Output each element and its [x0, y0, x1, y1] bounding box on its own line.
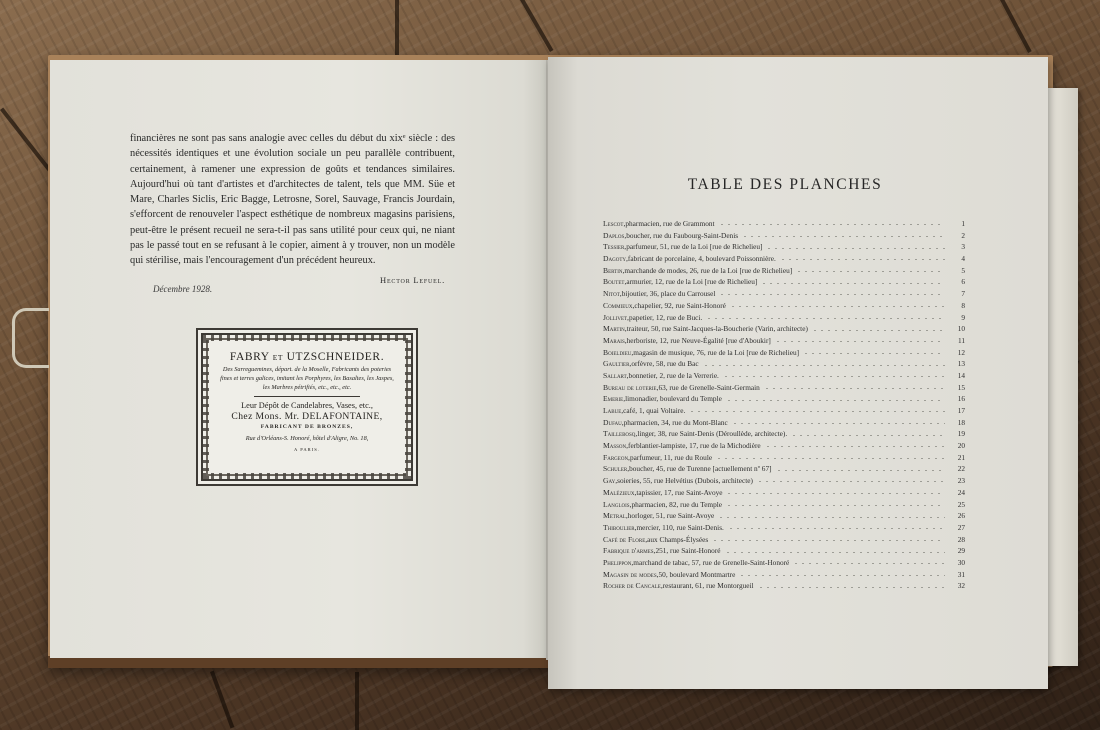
card-depot-line: Leur Dépôt de Candelabres, Vases, etc., [219, 400, 395, 411]
toc-entry-plate-number: 2 [951, 231, 965, 240]
toc-entry-description: bonnetier, 2, rue de la Verrerie. [629, 371, 719, 380]
toc-entry: Bertin, marchande de modes, 26, rue de l… [603, 266, 965, 278]
toc-entry-name: Marais, [603, 336, 627, 345]
toc-entry: Schuler, boucher, 45, rue de Turenne [ac… [603, 464, 965, 476]
toc-entry-description: 63, rue de Grenelle-Saint-Germain [658, 383, 759, 392]
floor-plank-seam [520, 0, 553, 52]
toc-entry: Metral, horloger, 51, rue Saint-Avoye 26 [603, 511, 965, 523]
toc-entry-plate-number: 6 [951, 277, 965, 286]
toc-entry-description: soieries, 55, rue Helvétius (Dubois, arc… [617, 476, 753, 485]
toc-entry-plate-number: 18 [951, 418, 965, 427]
toc-entry-name: Dagoty, [603, 254, 628, 263]
toc-entry-description: traiteur, 50, rue Saint-Jacques-la-Bouch… [627, 324, 808, 333]
dot-leader [705, 365, 945, 366]
toc-entry-name: Rocher de Cancale, [603, 581, 663, 590]
toc-entry-description: café, 1, quai Voltaire. [623, 406, 685, 415]
dot-leader [759, 481, 945, 482]
toc-entry-name: Thiboulier, [603, 523, 636, 532]
toc-list: Lescot, pharmacien, rue de Grammont 1 Da… [603, 219, 965, 593]
toc-entry-description: papetier, 12, rue de Buci. [629, 313, 702, 322]
dot-leader [805, 353, 945, 354]
toc-entry-name: Langlois, [603, 500, 631, 509]
toc-entry-name: Dufau, [603, 418, 624, 427]
toc-entry-name: Nitot, [603, 289, 622, 298]
toc-entry-plate-number: 20 [951, 441, 965, 450]
card-title: FABRY ET UTZSCHNEIDER. [219, 351, 395, 363]
toc-entry: Magasin de modes, 50, boulevard Montmart… [603, 570, 965, 582]
toc-entry-name: Phelippon, [603, 558, 633, 567]
toc-entry: Tessier, parfumeur, 51, rue de la Loi [r… [603, 242, 965, 254]
toc-entry-name: Bureau de loterie, [603, 383, 658, 392]
toc-entry-description: 251, rue Saint-Honoré [655, 546, 720, 555]
trade-card-illustration: FABRY ET UTZSCHNEIDER. Des Sarreguemines… [196, 328, 418, 486]
dot-leader [782, 259, 945, 260]
dot-leader [732, 306, 945, 307]
toc-entry-description: linger, 38, rue Saint-Denis (Déroullède,… [637, 429, 787, 438]
author-signature: Hector Lefuel. [380, 275, 445, 285]
toc-entry-description: horloger, 51, rue Saint-Avoye [628, 511, 715, 520]
card-divider [254, 396, 360, 397]
toc-entry-plate-number: 1 [951, 219, 965, 228]
toc-entry: Boieldieu, magasin de musique, 76, rue d… [603, 348, 965, 360]
toc-entry-plate-number: 30 [951, 558, 965, 567]
toc-entry: Malézieux, tapissier, 17, rue Saint-Avoy… [603, 488, 965, 500]
toc-entry-description: 50, boulevard Montmartre [659, 570, 736, 579]
toc-entry: Lescot, pharmacien, rue de Grammont 1 [603, 219, 965, 231]
toc-entry-name: Lescot, [603, 219, 625, 228]
dot-leader [727, 552, 945, 553]
toc-entry-description: marchand de tabac, 57, rue de Grenelle-S… [633, 558, 789, 567]
dot-leader [767, 446, 945, 447]
toc-entry: Dufau, pharmacien, 34, rue du Mont-Blanc… [603, 418, 965, 430]
toc-entry-description: ferblantier-lampiste, 17, rue de la Mich… [628, 441, 761, 450]
floor-plank-seam [395, 0, 399, 58]
toc-entry-plate-number: 5 [951, 266, 965, 275]
dot-leader [708, 318, 945, 319]
toc-entry-plate-number: 14 [951, 371, 965, 380]
dot-leader [720, 517, 945, 518]
toc-entry-name: Schuler, [603, 464, 629, 473]
dot-leader [793, 435, 945, 436]
toc-entry-name: Gay, [603, 476, 617, 485]
dot-leader [718, 458, 945, 459]
card-title-fabry: FABRY [230, 351, 269, 363]
card-script-text: Des Sarreguemines, départ. de la Moselle… [219, 365, 395, 392]
toc-entry-name: Gaultier, [603, 359, 631, 368]
toc-entry-plate-number: 27 [951, 523, 965, 532]
toc-entry-plate-number: 11 [951, 336, 965, 345]
dot-leader [741, 575, 945, 576]
floor-plank-seam [355, 672, 359, 730]
toc-entry: Labue, café, 1, quai Voltaire. 17 [603, 406, 965, 418]
toc-entry: Thiboulier, mercier, 110, rue Saint-Deni… [603, 523, 965, 535]
toc-entry-plate-number: 24 [951, 488, 965, 497]
toc-entry-description: pharmacien, 82, rue du Temple [631, 500, 722, 509]
toc-entry: Langlois, pharmacien, 82, rue du Temple … [603, 500, 965, 512]
toc-entry-plate-number: 15 [951, 383, 965, 392]
toc-entry-description: boucher, 45, rue de Turenne [actuellemen… [629, 464, 771, 473]
toc-entry-plate-number: 7 [951, 289, 965, 298]
toc-entry-name: Commieux, [603, 301, 634, 310]
toc-entry-description: mercier, 110, rue Saint-Denis. [636, 523, 723, 532]
toc-entry-plate-number: 3 [951, 242, 965, 251]
toc-entry: Jollivet, papetier, 12, rue de Buci. 9 [603, 313, 965, 325]
toc-entry: Sallart, bonnetier, 2, rue de la Verreri… [603, 371, 965, 383]
toc-entry-name: Labue, [603, 406, 623, 415]
toc-entry-plate-number: 21 [951, 453, 965, 462]
dot-leader [691, 411, 945, 412]
toc-entry-plate-number: 23 [951, 476, 965, 485]
toc-entry-name: Emerie, [603, 394, 625, 403]
toc-entry-name: Boieldieu, [603, 348, 633, 357]
toc-title: TABLE DES PLANCHES [600, 176, 970, 194]
toc-entry-name: Martin, [603, 324, 627, 333]
toc-entry-plate-number: 32 [951, 581, 965, 590]
toc-entry-plate-number: 13 [951, 359, 965, 368]
toc-entry-plate-number: 28 [951, 535, 965, 544]
dot-leader [763, 283, 945, 284]
toc-entry: Bureau de loterie, 63, rue de Grenelle-S… [603, 383, 965, 395]
toc-entry-plate-number: 8 [951, 301, 965, 310]
dot-leader [725, 376, 945, 377]
dot-leader [768, 248, 945, 249]
toc-entry: Fabrique d'armes, 251, rue Saint-Honoré … [603, 546, 965, 558]
binding-string [12, 308, 49, 368]
toc-entry-description: boucher, rue du Faubourg-Saint-Denis [626, 231, 738, 240]
dot-leader [721, 224, 945, 225]
toc-entry-plate-number: 17 [951, 406, 965, 415]
toc-entry-description: pharmacien, 34, rue du Mont-Blanc [624, 418, 728, 427]
toc-entry: Café de Flore, aux Champs-Élysées 28 [603, 535, 965, 547]
dot-leader [734, 423, 945, 424]
dot-leader [721, 294, 945, 295]
toc-entry-name: Bertin, [603, 266, 624, 275]
toc-entry: Taillebosq, linger, 38, rue Saint-Denis … [603, 429, 965, 441]
toc-entry: Marais, herboriste, 12, rue Neuve-Égalit… [603, 336, 965, 348]
floor-plank-seam [1000, 0, 1032, 53]
toc-entry-description: parfumeur, 51, rue de la Loi [rue de Ric… [626, 242, 762, 251]
preface-text-block: financières ne sont pas sans analogie av… [130, 131, 455, 269]
toc-entry: Gaultier, orfèvre, 58, rue du Bac 13 [603, 359, 965, 371]
toc-entry-description: armurier, 12, rue de la Loi [rue de Rich… [626, 277, 757, 286]
dot-leader [728, 400, 945, 401]
toc-entry-description: limonadier, boulevard du Temple [625, 394, 722, 403]
toc-entry-name: Malézieux, [603, 488, 636, 497]
dot-leader [778, 470, 945, 471]
dot-leader [777, 341, 945, 342]
dot-leader [760, 587, 945, 588]
toc-entry-name: Boutet, [603, 277, 626, 286]
toc-entry: Martin, traiteur, 50, rue Saint-Jacques-… [603, 324, 965, 336]
toc-entry-plate-number: 10 [951, 324, 965, 333]
card-city-line: A PARIS. [219, 444, 395, 455]
toc-entry: Dagoty, fabricant de porcelaine, 4, boul… [603, 254, 965, 266]
toc-entry-description: herboriste, 12, rue Neuve-Égalité [rue d… [627, 336, 771, 345]
toc-entry: Emerie, limonadier, boulevard du Temple … [603, 394, 965, 406]
toc-entry-description: restaurant, 61, rue Montorgueil [663, 581, 754, 590]
toc-entry-name: Masson, [603, 441, 628, 450]
dot-leader [795, 563, 945, 564]
toc-entry-plate-number: 12 [951, 348, 965, 357]
toc-entry-plate-number: 29 [951, 546, 965, 555]
toc-entry-description: marchande de modes, 26, rue de la Loi [r… [624, 266, 792, 275]
toc-entry-name: Fargeon, [603, 453, 630, 462]
toc-entry: Fargeon, parfumeur, 11, rue du Roule 21 [603, 453, 965, 465]
toc-entry-name: Café de Flore, [603, 535, 647, 544]
toc-entry: Phelippon, marchand de tabac, 57, rue de… [603, 558, 965, 570]
preface-paragraph: financières ne sont pas sans analogie av… [130, 131, 455, 269]
card-address-line: Rue d'Orléans-S. Honoré, hôtel d'Aligre,… [219, 433, 395, 444]
toc-entry-plate-number: 25 [951, 500, 965, 509]
dot-leader [766, 388, 945, 389]
toc-entry: Gay, soieries, 55, rue Helvétius (Dubois… [603, 476, 965, 488]
toc-entry: Daplos, boucher, rue du Faubourg-Saint-D… [603, 231, 965, 243]
toc-entry-description: orfèvre, 58, rue du Bac [631, 359, 698, 368]
dot-leader [798, 271, 945, 272]
card-maker-line: FABRICANT DE BRONZES, [219, 422, 395, 433]
toc-entry-plate-number: 16 [951, 394, 965, 403]
toc-entry-description: tapissier, 17, rue Saint-Avoye [636, 488, 722, 497]
toc-entry-name: Fabrique d'armes, [603, 546, 655, 555]
toc-entry: Boutet, armurier, 12, rue de la Loi [rue… [603, 277, 965, 289]
toc-entry-plate-number: 9 [951, 313, 965, 322]
dot-leader [730, 528, 945, 529]
preface-date: Décembre 1928. [153, 284, 212, 294]
toc-entry-plate-number: 22 [951, 464, 965, 473]
dot-leader [814, 330, 945, 331]
toc-entry: Commieux, chapelier, 92, rue Saint-Honor… [603, 301, 965, 313]
toc-entry-plate-number: 31 [951, 570, 965, 579]
toc-entry-name: Jollivet, [603, 313, 629, 322]
toc-entry-description: parfumeur, 11, rue du Roule [630, 453, 712, 462]
toc-entry-description: chapelier, 92, rue Saint-Honoré [634, 301, 726, 310]
toc-entry: Rocher de Cancale, restaurant, 61, rue M… [603, 581, 965, 593]
card-title-utzschneider: UTZSCHNEIDER. [287, 351, 385, 363]
dot-leader [744, 236, 945, 237]
toc-entry: Masson, ferblantier-lampiste, 17, rue de… [603, 441, 965, 453]
dot-leader [728, 493, 945, 494]
toc-entry-description: pharmacien, rue de Grammont [625, 219, 714, 228]
toc-entry-name: Tessier, [603, 242, 626, 251]
toc-entry-description: aux Champs-Élysées [647, 535, 708, 544]
card-title-et: ET [273, 353, 283, 362]
toc-entry-name: Metral, [603, 511, 628, 520]
toc-entry-plate-number: 4 [951, 254, 965, 263]
toc-entry-name: Taillebosq, [603, 429, 637, 438]
toc-entry-description: fabricant de porcelaine, 4, boulevard Po… [628, 254, 776, 263]
toc-entry-description: magasin de musique, 76, rue de la Loi [r… [633, 348, 799, 357]
toc-entry-description: bijoutier, 36, place du Carrousel [622, 289, 716, 298]
dot-leader [728, 505, 945, 506]
toc-entry-plate-number: 19 [951, 429, 965, 438]
toc-entry-name: Daplos, [603, 231, 626, 240]
toc-entry-name: Magasin de modes, [603, 570, 659, 579]
toc-entry-name: Sallart, [603, 371, 629, 380]
floor-plank-seam [210, 671, 234, 729]
toc-entry: Nitot, bijoutier, 36, place du Carrousel… [603, 289, 965, 301]
dot-leader [714, 540, 945, 541]
toc-entry-plate-number: 26 [951, 511, 965, 520]
card-chez-line: Chez Mons. Mr. DELAFONTAINE, [219, 411, 395, 422]
